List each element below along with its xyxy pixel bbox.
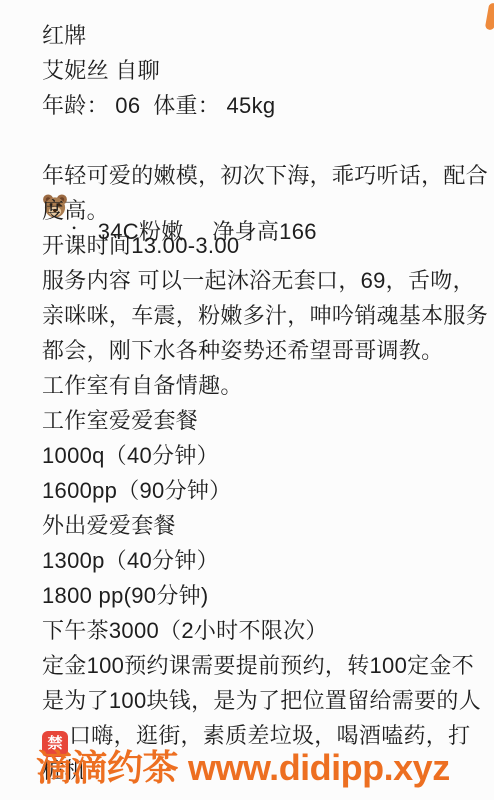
text-line-content: 1600pp（90分钟） xyxy=(42,478,231,503)
text-line: 亲咪咪，车震，粉嫩多汁，呻吟销魂基本服务 xyxy=(42,298,494,333)
text-line: 年龄： 06 体重： 45kg xyxy=(42,88,494,123)
watermark: 滴滴约茶www.didipp.xyz xyxy=(36,740,450,791)
text-line-content: 工作室有自备情趣。 xyxy=(42,373,243,398)
text-line-content: 工作室爱爱套餐 xyxy=(42,408,198,433)
text-line-content: 度高。 xyxy=(42,198,109,223)
text-line: 都会，刚下水各种姿势还希望哥哥调教。 xyxy=(42,333,494,368)
text-line-content: 开课时间13.00-3.00 xyxy=(42,233,239,258)
text-line: 定金100预约课需要提前预约，转100定金不 xyxy=(42,648,494,683)
text-line: 1000q（40分钟） xyxy=(42,438,494,473)
text-line-content: 是为了100块钱，是为了把位置留给需要的人 xyxy=(42,688,481,713)
text-line: 1800 pp(90分钟) xyxy=(42,578,494,613)
watermark-brand: 滴滴约茶 xyxy=(36,747,178,788)
text-line-content: 1800 pp(90分钟) xyxy=(42,583,209,608)
listing-page: 红牌艾妮丝 自聊年龄： 06 体重： 45kg ： 34C粉嫩 净身高166年轻… xyxy=(0,0,494,800)
text-line: 艾妮丝 自聊 xyxy=(42,53,494,88)
text-line: 红牌 xyxy=(42,18,494,53)
text-line-content: 1000q（40分钟） xyxy=(42,443,219,468)
text-line-content: 艾妮丝 自聊 xyxy=(42,58,160,83)
text-line-content: 红牌 xyxy=(42,23,87,48)
text-line-content: 下午茶3000（2小时不限次） xyxy=(42,618,328,643)
text-line-content: 年轻可爱的嫩模，初次下海，乖巧听话，配合 xyxy=(42,163,488,188)
text-line-content: 亲咪咪，车震，粉嫩多汁，呻吟销魂基本服务 xyxy=(42,303,488,328)
text-line: 工作室有自备情趣。 xyxy=(42,368,494,403)
text-line-content: 年龄： 06 体重： 45kg xyxy=(42,93,275,118)
text-line: 下午茶3000（2小时不限次） xyxy=(42,613,494,648)
text-line: 外出爱爱套餐 xyxy=(42,508,494,543)
text-line: 服务内容 可以一起沐浴无套口，69，舌吻， xyxy=(42,263,494,298)
text-line-content: 服务内容 可以一起沐浴无套口，69，舌吻， xyxy=(42,268,475,293)
watermark-url: www.didipp.xyz xyxy=(188,747,450,788)
text-line: 1300p（40分钟） xyxy=(42,543,494,578)
corner-watermark-fragment xyxy=(485,2,494,30)
text-line: 工作室爱爱套餐 xyxy=(42,403,494,438)
text-line-content: 1300p（40分钟） xyxy=(42,548,219,573)
listing-text: 红牌艾妮丝 自聊年龄： 06 体重： 45kg ： 34C粉嫩 净身高166年轻… xyxy=(42,18,494,788)
text-line: 是为了100块钱，是为了把位置留给需要的人 xyxy=(42,683,494,718)
text-line-content: 都会，刚下水各种姿势还希望哥哥调教。 xyxy=(42,338,443,363)
text-line-content: 外出爱爱套餐 xyxy=(42,513,176,538)
text-line: 1600pp（90分钟） xyxy=(42,473,494,508)
text-line: ： 34C粉嫩 净身高166 xyxy=(42,123,494,158)
text-line-content: 定金100预约课需要提前预约，转100定金不 xyxy=(42,653,474,678)
bear-face-icon xyxy=(42,123,68,149)
text-line: 年轻可爱的嫩模，初次下海，乖巧听话，配合 xyxy=(42,158,494,193)
